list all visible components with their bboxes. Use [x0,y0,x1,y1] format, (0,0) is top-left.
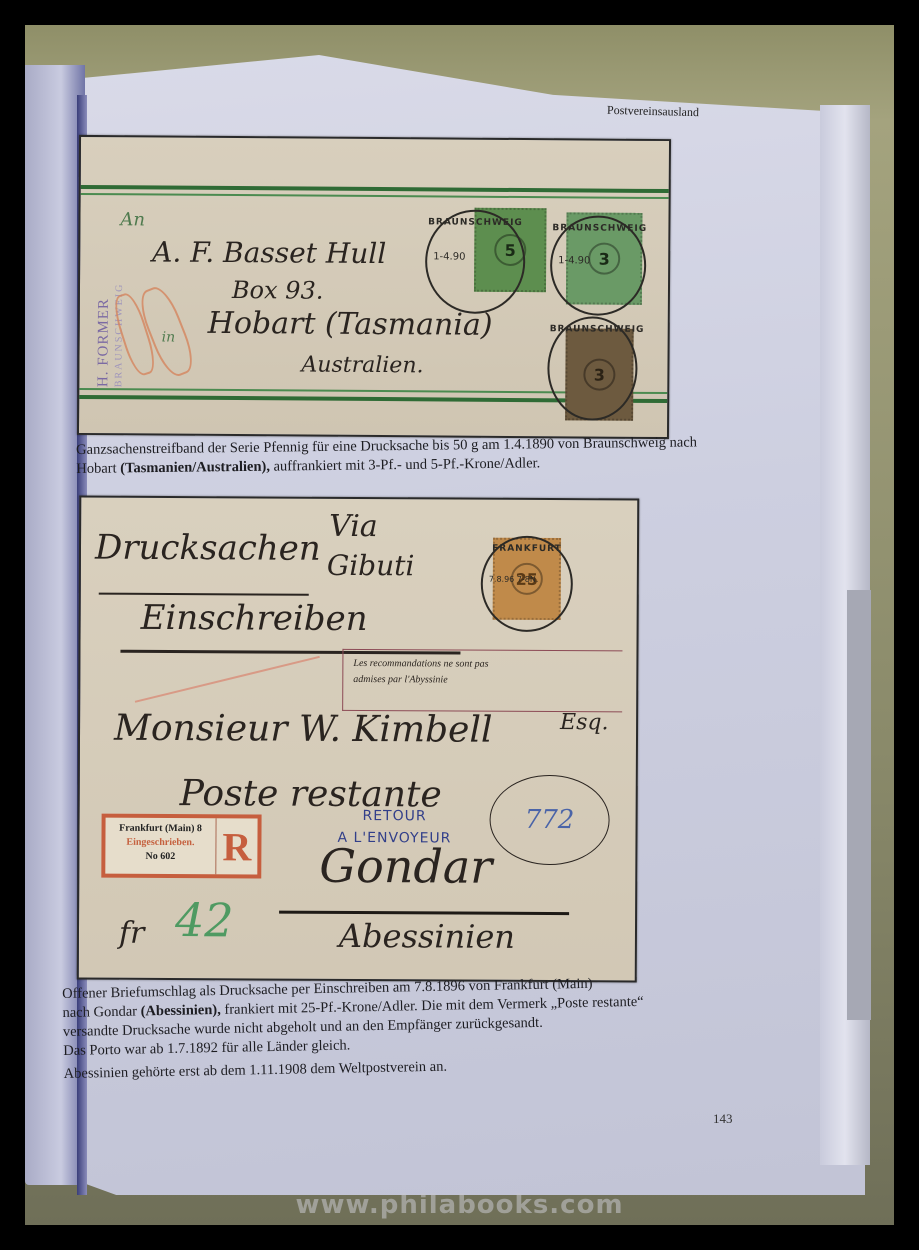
handwriting-drucksachen: Drucksachen [95,528,321,569]
address-line-1: A. F. Basset Hull [152,235,386,270]
green-border-top-thin [81,193,669,199]
pencil-note: Les recommandations ne sont pas admises … [342,649,622,712]
handwriting-einschreiben: Einschreiben [141,598,368,639]
caption-figure-1: Ganzsachenstreifband der Serie Pfennig f… [76,433,726,479]
printed-in: in [162,330,176,346]
watermark: www.philabooks.com [0,1190,919,1220]
running-head: Postvereinsausland [607,103,699,120]
reg-letter: R [216,818,257,874]
figure-wrapper-braunschweig: An H. FORMER BRAUNSCHWEIG A. F. Basset H… [77,135,671,439]
address-line-2: Box 93. [232,276,324,305]
handwriting-gondar: Gondar [319,839,492,894]
page-edge-shade [847,590,871,1020]
postmark-braunschweig: BRAUNSCHWEIG 1-4.90 [425,209,526,314]
reg-office: Frankfurt (Main) 8 [108,822,212,837]
printed-an: An [120,209,145,230]
underline [99,593,309,596]
handwriting-fr: fr [119,916,145,951]
handwriting-via: Via [329,509,378,544]
reg-number: No 602 [108,850,212,865]
postmark-braunschweig: BRAUNSCHWEIG [547,316,638,421]
reg-eingeschrieben: Eingeschrieben. [108,836,212,851]
green-border-top [81,185,669,193]
sender-name: H. FORMER [95,267,112,387]
registration-label: Frankfurt (Main) 8 Eingeschrieben. No 60… [101,814,261,879]
underline [279,911,569,916]
figure-cover-frankfurt: Drucksachen Via Gibuti Einschreiben Les … [77,496,640,983]
caption-figure-2: Offener Briefumschlag als Drucksache per… [62,972,724,1084]
address-line-3: Hobart (Tasmania) [208,306,493,343]
circled-number: 772 [489,775,609,866]
postmark-frankfurt: FRANKFURT 7.8.96 7-8N. [481,536,574,632]
page-number: 143 [713,1111,733,1127]
handwriting-esq: Esq. [560,710,609,735]
handwriting-recipient: Monsieur W. Kimbell [114,708,493,751]
red-crayon-line [135,656,320,703]
handwriting-abessinien: Abessinien [339,917,515,956]
postmark-braunschweig: BRAUNSCHWEIG 1-4.90 [550,215,647,316]
handwriting-gibuti: Gibuti [327,549,415,582]
address-line-4: Australien. [301,352,423,378]
handwriting-42: 42 [175,893,234,947]
